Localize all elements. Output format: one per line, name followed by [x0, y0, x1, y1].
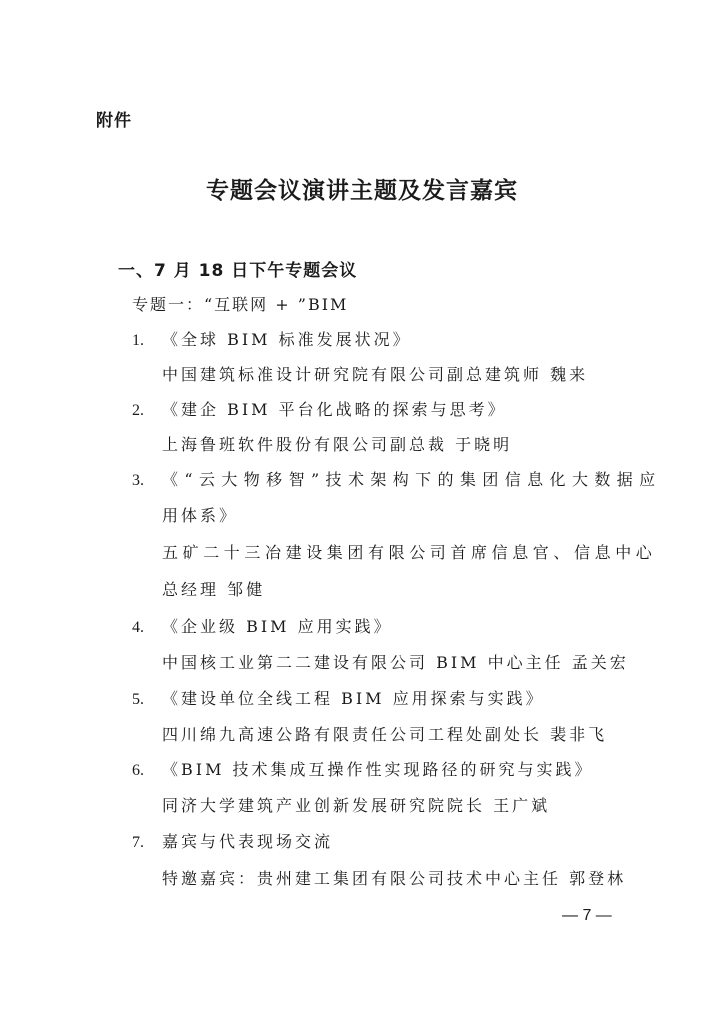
item-title: 《建企 BIM 平台化战略的探索与思考》 — [162, 400, 507, 419]
item-number: 7. — [132, 834, 162, 852]
item-title: 《建设单位全线工程 BIM 应用探索与实践》 — [162, 689, 545, 708]
item-title: 嘉宾与代表现场交流 — [162, 832, 333, 851]
agenda-item-4: 4.《企业级 BIM 应用实践》 — [132, 614, 393, 637]
agenda-item-3: 3.《“云大物移智”技术架构下的集团信息化大数据应 — [132, 467, 662, 490]
agenda-item-7: 7.嘉宾与代表现场交流 — [132, 829, 333, 852]
item-number: 3. — [132, 472, 162, 490]
agenda-item-5: 5.《建设单位全线工程 BIM 应用探索与实践》 — [132, 686, 545, 709]
page-number: — 7 — — [562, 907, 612, 925]
speaker-7: 特邀嘉宾：贵州建工集团有限公司技术中心主任 郭登林 — [162, 866, 626, 889]
item-3-title-continued: 用体系》 — [162, 503, 238, 526]
speaker-2: 上海鲁班软件股份有限公司副总裁 于晓明 — [162, 432, 512, 455]
speaker-6: 同济大学建筑产业创新发展研究院院长 王广斌 — [162, 793, 550, 816]
attachment-label: 附件 — [96, 106, 132, 131]
speaker-4: 中国核工业第二二建设有限公司 BIM 中心主任 孟关宏 — [162, 650, 629, 673]
speaker-3-line-1: 五矿二十三冶建设集团有限公司首席信息官、信息中心 — [162, 540, 656, 563]
item-number: 5. — [132, 691, 162, 709]
agenda-item-6: 6.《BIM 技术集成互操作性实现路径的研究与实践》 — [132, 757, 594, 780]
item-title: 《BIM 技术集成互操作性实现路径的研究与实践》 — [162, 760, 594, 779]
item-number: 2. — [132, 402, 162, 420]
section-heading: 一、7 月 18 日下午专题会议 — [118, 256, 357, 281]
speaker-3-line-2: 总经理 邹健 — [162, 577, 265, 600]
item-number: 1. — [132, 332, 162, 350]
speaker-1: 中国建筑标准设计研究院有限公司副总建筑师 魏来 — [162, 362, 588, 385]
topic-heading: 专题一：“互联网 + ”BIM — [132, 292, 348, 315]
item-title: 《“云大物移智”技术架构下的集团信息化大数据应 — [162, 470, 662, 489]
item-number: 6. — [132, 762, 162, 780]
item-title: 《全球 BIM 标准发展状况》 — [162, 330, 412, 349]
item-number: 4. — [132, 619, 162, 637]
document-title: 专题会议演讲主题及发言嘉宾 — [0, 172, 724, 205]
item-title: 《企业级 BIM 应用实践》 — [162, 617, 393, 636]
speaker-5: 四川绵九高速公路有限责任公司工程处副处长 裴非飞 — [162, 722, 607, 745]
agenda-item-2: 2.《建企 BIM 平台化战略的探索与思考》 — [132, 397, 507, 420]
agenda-item-1: 1.《全球 BIM 标准发展状况》 — [132, 327, 412, 350]
